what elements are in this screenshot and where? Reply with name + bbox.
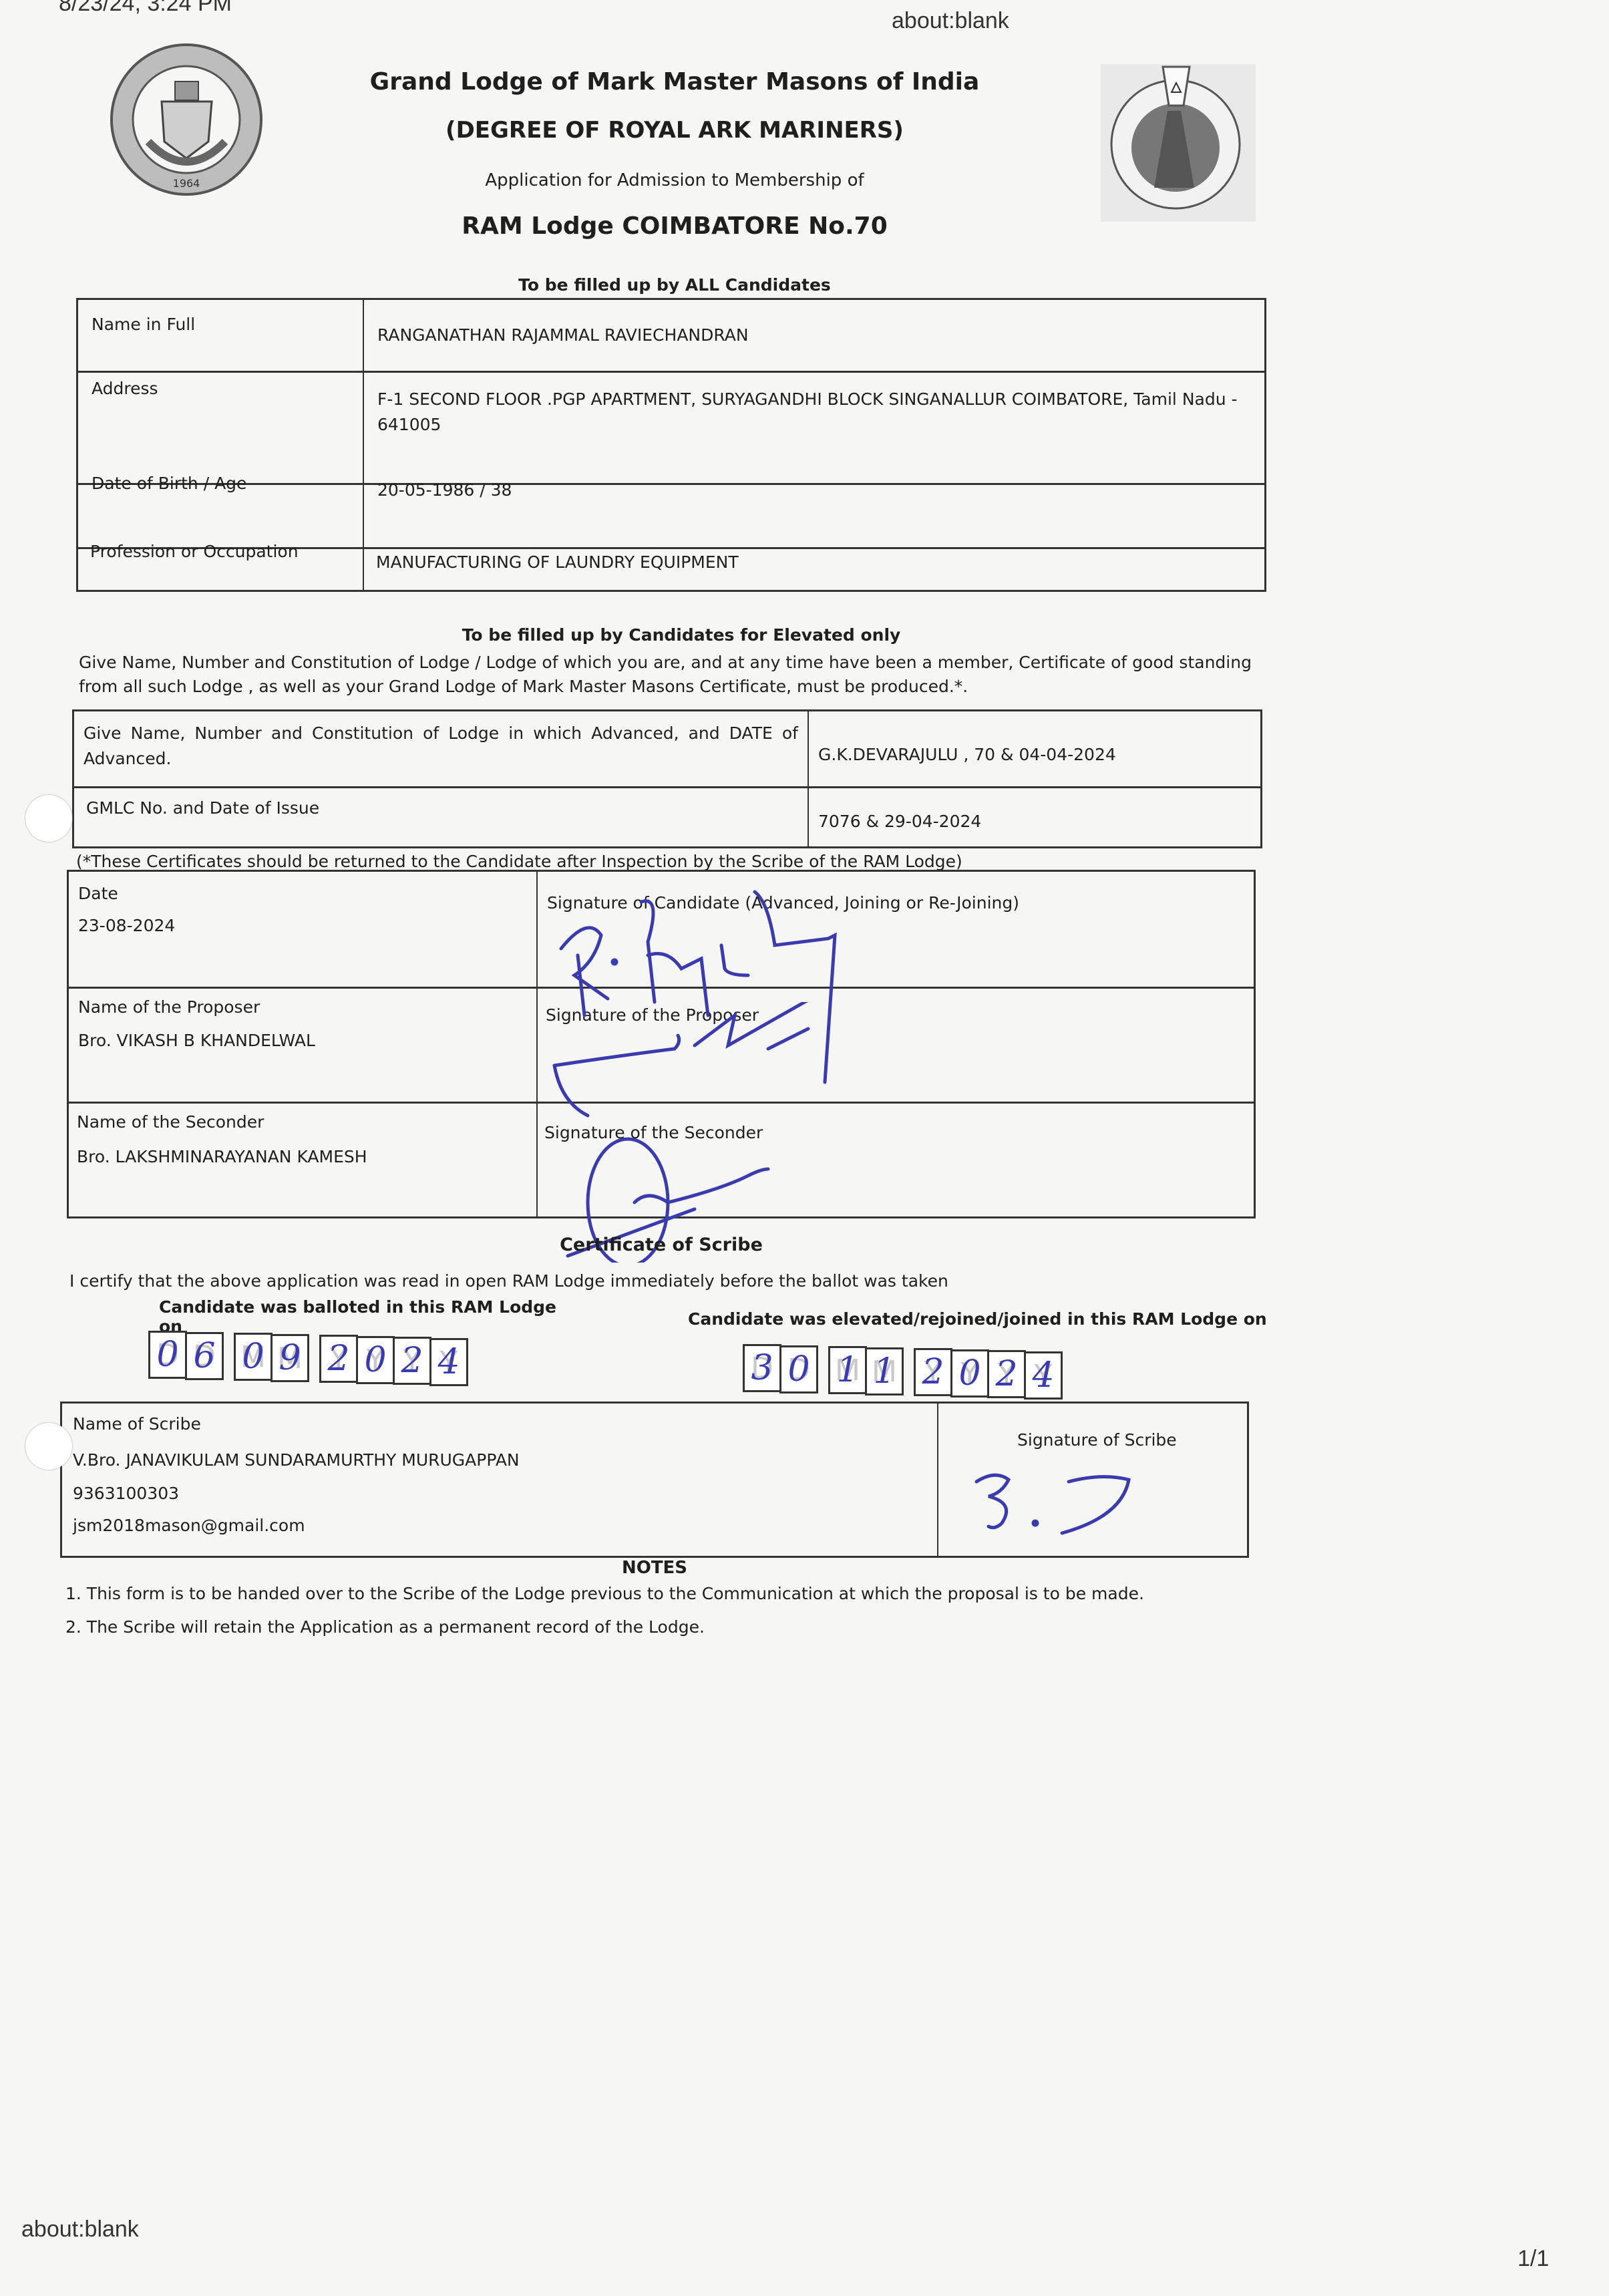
seconder-label: Name of the Seconder bbox=[77, 1110, 264, 1135]
date-digit-box: M9 bbox=[271, 1334, 309, 1382]
scribe-certificate-statement: I certify that the above application was… bbox=[69, 1269, 1205, 1293]
print-timestamp: 8/23/24, 3:24 PM bbox=[59, 0, 232, 17]
name-value: RANGANATHAN RAJAMMAL RAVIECHANDRAN bbox=[377, 323, 749, 348]
occupation-value: MANUFACTURING OF LAUNDRY EQUIPMENT bbox=[376, 550, 739, 575]
print-url-header: about:blank bbox=[892, 8, 1009, 34]
dob-label: Date of Birth / Age bbox=[92, 471, 246, 496]
grand-lodge-seal-logo: 1964 bbox=[108, 41, 265, 198]
elevated-instruction: Give Name, Number and Constitution of Lo… bbox=[79, 651, 1254, 699]
date-digit: 2 bbox=[922, 1352, 944, 1392]
document-title: Grand Lodge of Mark Master Masons of Ind… bbox=[347, 68, 1002, 96]
date-digit-box: D6 bbox=[185, 1332, 224, 1380]
application-subtitle: Application for Admission to Membership … bbox=[347, 170, 1002, 190]
date-digit-box: Y0 bbox=[356, 1336, 395, 1384]
scribe-email: jsm2018mason@gmail.com bbox=[73, 1513, 305, 1538]
scribe-signature-label: Signature of Scribe bbox=[1017, 1428, 1177, 1453]
date-digit-box: Y2 bbox=[393, 1337, 431, 1385]
date-digit: 0 bbox=[242, 1337, 264, 1377]
notes-heading: NOTES bbox=[588, 1558, 721, 1578]
occupation-label: Profession or Occupation bbox=[90, 539, 299, 564]
address-value: F-1 SECOND FLOOR .PGP APARTMENT, SURYAGA… bbox=[377, 387, 1246, 437]
degree-title: (DEGREE OF ROYAL ARK MARINERS) bbox=[347, 117, 1002, 144]
date-digit-box: M1 bbox=[865, 1347, 904, 1396]
date-digit-box: Y2 bbox=[914, 1348, 952, 1396]
date-digit-box: Y4 bbox=[1024, 1351, 1063, 1400]
date-digit: 1 bbox=[873, 1351, 895, 1391]
address-label: Address bbox=[92, 376, 158, 401]
dob-value: 20-05-1986 / 38 bbox=[377, 478, 512, 503]
date-digit: 3 bbox=[751, 1348, 773, 1388]
date-digit-box: M1 bbox=[828, 1346, 867, 1394]
date-value: 23-08-2024 bbox=[78, 913, 175, 939]
advanced-lodge-label: Give Name, Number and Constitution of Lo… bbox=[83, 721, 798, 771]
date-digit-box: M0 bbox=[234, 1333, 273, 1381]
proposer-value: Bro. VIKASH B KHANDELWAL bbox=[78, 1028, 315, 1053]
date-digit-box: D0 bbox=[779, 1345, 818, 1393]
date-digit-box: D3 bbox=[743, 1344, 781, 1392]
scribe-phone: 9363100303 bbox=[73, 1481, 179, 1506]
candidate-details-table: Name in Full RANGANATHAN RAJAMMAL RAVIEC… bbox=[76, 298, 1266, 592]
date-digit: 1 bbox=[836, 1350, 858, 1390]
page-number: 1/1 bbox=[1517, 2246, 1549, 2272]
date-digit: 0 bbox=[364, 1340, 386, 1380]
elevated-details-table: Give Name, Number and Constitution of Lo… bbox=[72, 709, 1262, 848]
date-digit: 2 bbox=[995, 1354, 1017, 1394]
punch-hole bbox=[25, 1423, 72, 1470]
date-digit-box: Y2 bbox=[987, 1350, 1026, 1398]
date-digit: 6 bbox=[193, 1336, 215, 1376]
date-label: Date bbox=[78, 881, 118, 907]
date-digit-box: D0 bbox=[148, 1331, 187, 1379]
scribe-signature bbox=[968, 1470, 1222, 1543]
scribe-name-value: V.Bro. JANAVIKULAM SUNDARAMURTHY MURUGAP… bbox=[73, 1448, 520, 1473]
name-label: Name in Full bbox=[92, 312, 195, 337]
svg-text:1964: 1964 bbox=[173, 177, 200, 190]
proposer-signature bbox=[541, 1002, 842, 1122]
regional-lodge-seal-logo bbox=[1101, 64, 1256, 222]
date-digit: 2 bbox=[401, 1341, 423, 1381]
elevated-label: Candidate was elevated/rejoined/joined i… bbox=[688, 1309, 1289, 1329]
date-digit-box: Y0 bbox=[950, 1349, 989, 1398]
date-digit-box: Y2 bbox=[319, 1335, 358, 1383]
punch-hole bbox=[25, 795, 72, 842]
note-2: 2. The Scribe will retain the Applicatio… bbox=[65, 1615, 1268, 1639]
date-digit: 4 bbox=[437, 1342, 460, 1382]
date-digit: 0 bbox=[958, 1353, 980, 1393]
seconder-value: Bro. LAKSHMINARAYANAN KAMESH bbox=[77, 1144, 367, 1170]
date-digit: 0 bbox=[787, 1349, 810, 1389]
scribe-name-label: Name of Scribe bbox=[73, 1412, 201, 1437]
date-digit: 0 bbox=[156, 1335, 178, 1375]
date-digit-box: Y4 bbox=[429, 1338, 468, 1386]
gmlc-label: GMLC No. and Date of Issue bbox=[86, 796, 319, 821]
grand-lodge-seal-icon: 1964 bbox=[108, 41, 265, 198]
note-1: 1. This form is to be handed over to the… bbox=[65, 1582, 1268, 1606]
lodge-name: RAM Lodge COIMBATORE No.70 bbox=[347, 212, 1002, 240]
print-url-footer: about:blank bbox=[21, 2217, 139, 2243]
gmlc-value: 7076 & 29-04-2024 bbox=[818, 809, 981, 834]
scribe-certificate-heading: Certificate of Scribe bbox=[494, 1235, 828, 1255]
proposer-label: Name of the Proposer bbox=[78, 995, 260, 1020]
date-digit: 2 bbox=[327, 1339, 349, 1379]
balloted-label: Candidate was balloted in this RAM Lodge… bbox=[159, 1297, 573, 1336]
section-elevated-heading: To be filled up by Candidates for Elevat… bbox=[347, 625, 1015, 645]
section-all-heading: To be filled up by ALL Candidates bbox=[347, 275, 1002, 295]
advanced-lodge-value: G.K.DEVARAJULU , 70 & 04-04-2024 bbox=[818, 742, 1116, 768]
regional-lodge-seal-icon bbox=[1101, 64, 1256, 222]
date-digit: 4 bbox=[1032, 1355, 1054, 1396]
date-digit: 9 bbox=[279, 1338, 301, 1378]
